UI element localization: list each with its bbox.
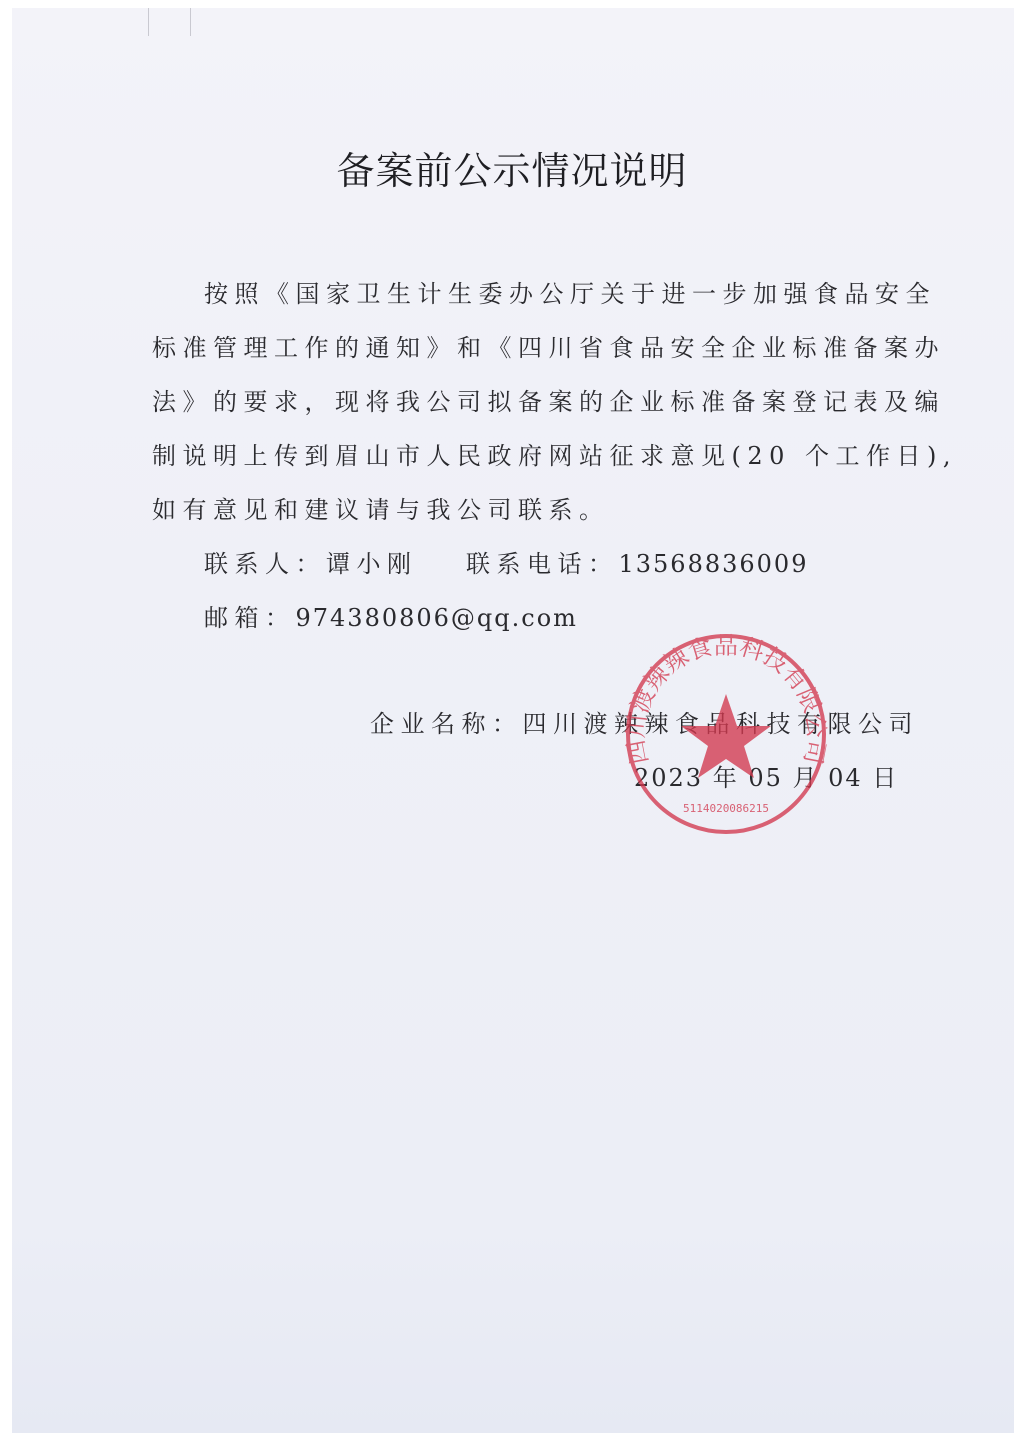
- star-icon: [681, 694, 771, 778]
- contact-person-label: 联系人：: [204, 550, 326, 578]
- contact-phone-row: 联系电话：13568836009: [466, 544, 808, 579]
- contact-email-label: 邮箱：: [204, 604, 296, 632]
- paragraph-line: 如有意见和建议请与我公司联系。: [152, 490, 610, 525]
- paragraph-line: 按照《国家卫生计生委办公厅关于进一步加强食品安全: [204, 274, 936, 309]
- scan-artifact: [190, 8, 191, 36]
- document-title: 备案前公示情况说明: [0, 140, 1024, 195]
- paragraph-line: 制说明上传到眉山市人民政府网站征求意见(20 个工作日),: [152, 436, 957, 471]
- contact-email: 974380806@qq.com: [296, 604, 578, 632]
- contact-phone-number: 13568836009: [619, 550, 809, 578]
- company-label: 企业名称：: [370, 710, 523, 738]
- scan-artifact: [148, 8, 149, 36]
- contact-person-name: 谭小刚: [326, 550, 418, 578]
- contact-person-row: 联系人：谭小刚: [204, 544, 418, 579]
- paragraph-line: 法》的要求，现将我公司拟备案的企业标准备案登记表及编: [152, 382, 945, 417]
- stamp-number: 5114020086215: [683, 802, 769, 815]
- contact-phone-label: 联系电话：: [466, 550, 619, 578]
- contact-email-row: 邮箱：974380806@qq.com: [204, 598, 578, 633]
- company-seal-stamp: 四川渡辣辣食品科技有限公司 5114020086215: [620, 628, 832, 840]
- paragraph-line: 标准管理工作的通知》和《四川省食品安全企业标准备案办: [152, 328, 945, 363]
